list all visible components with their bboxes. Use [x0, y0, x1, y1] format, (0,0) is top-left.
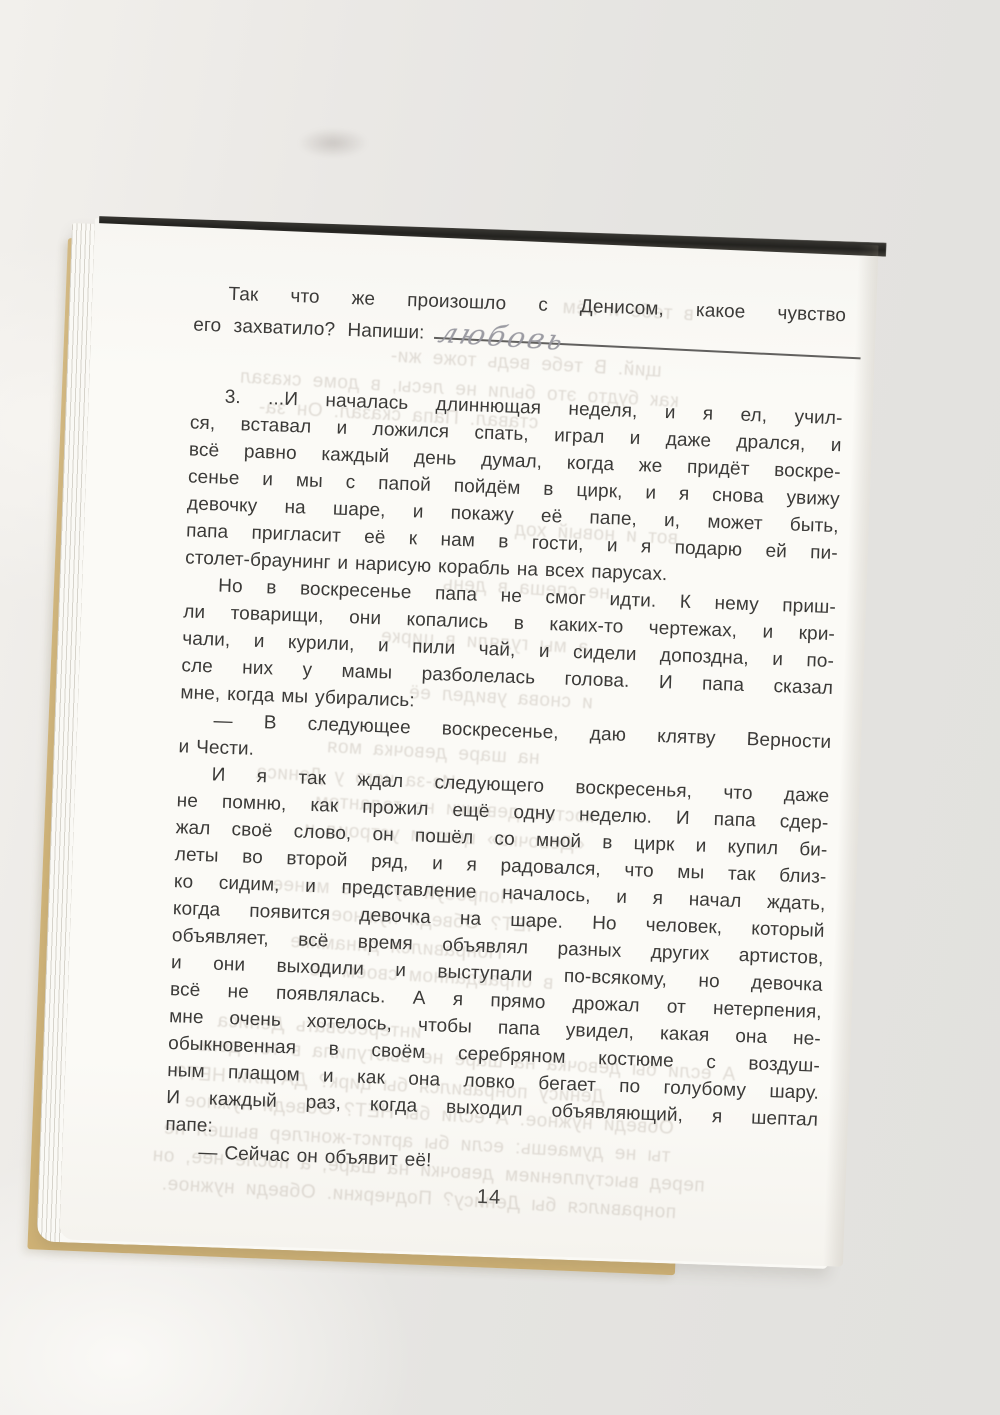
scanned-book-page: в тебе и нёмщий. В тебе ведь тоже жи-как… [0, 0, 1000, 1415]
page-content: Так что же произошло с Денисом, какое чу… [59, 218, 878, 1267]
handwritten-answer: любовь [436, 319, 570, 354]
story-paragraph: И я так ждал следующего воскресенья, что… [165, 760, 830, 1161]
pencil-smudge [298, 128, 368, 158]
question-block: Так что же произошло с Денисом, какое чу… [193, 280, 847, 362]
story-text: 3. ...И началась длиннющая неделя, и я е… [164, 382, 843, 1187]
story-paragraph: Но в воскресенье папа не смог идти. К не… [180, 571, 836, 729]
question-prompt: его захватило? Напиши: [193, 312, 425, 347]
story-paragraph: 3. ...И началась длиннющая неделя, и я е… [185, 382, 843, 594]
book-page: в тебе и нёмщий. В тебе ведь тоже жи-как… [59, 218, 878, 1267]
